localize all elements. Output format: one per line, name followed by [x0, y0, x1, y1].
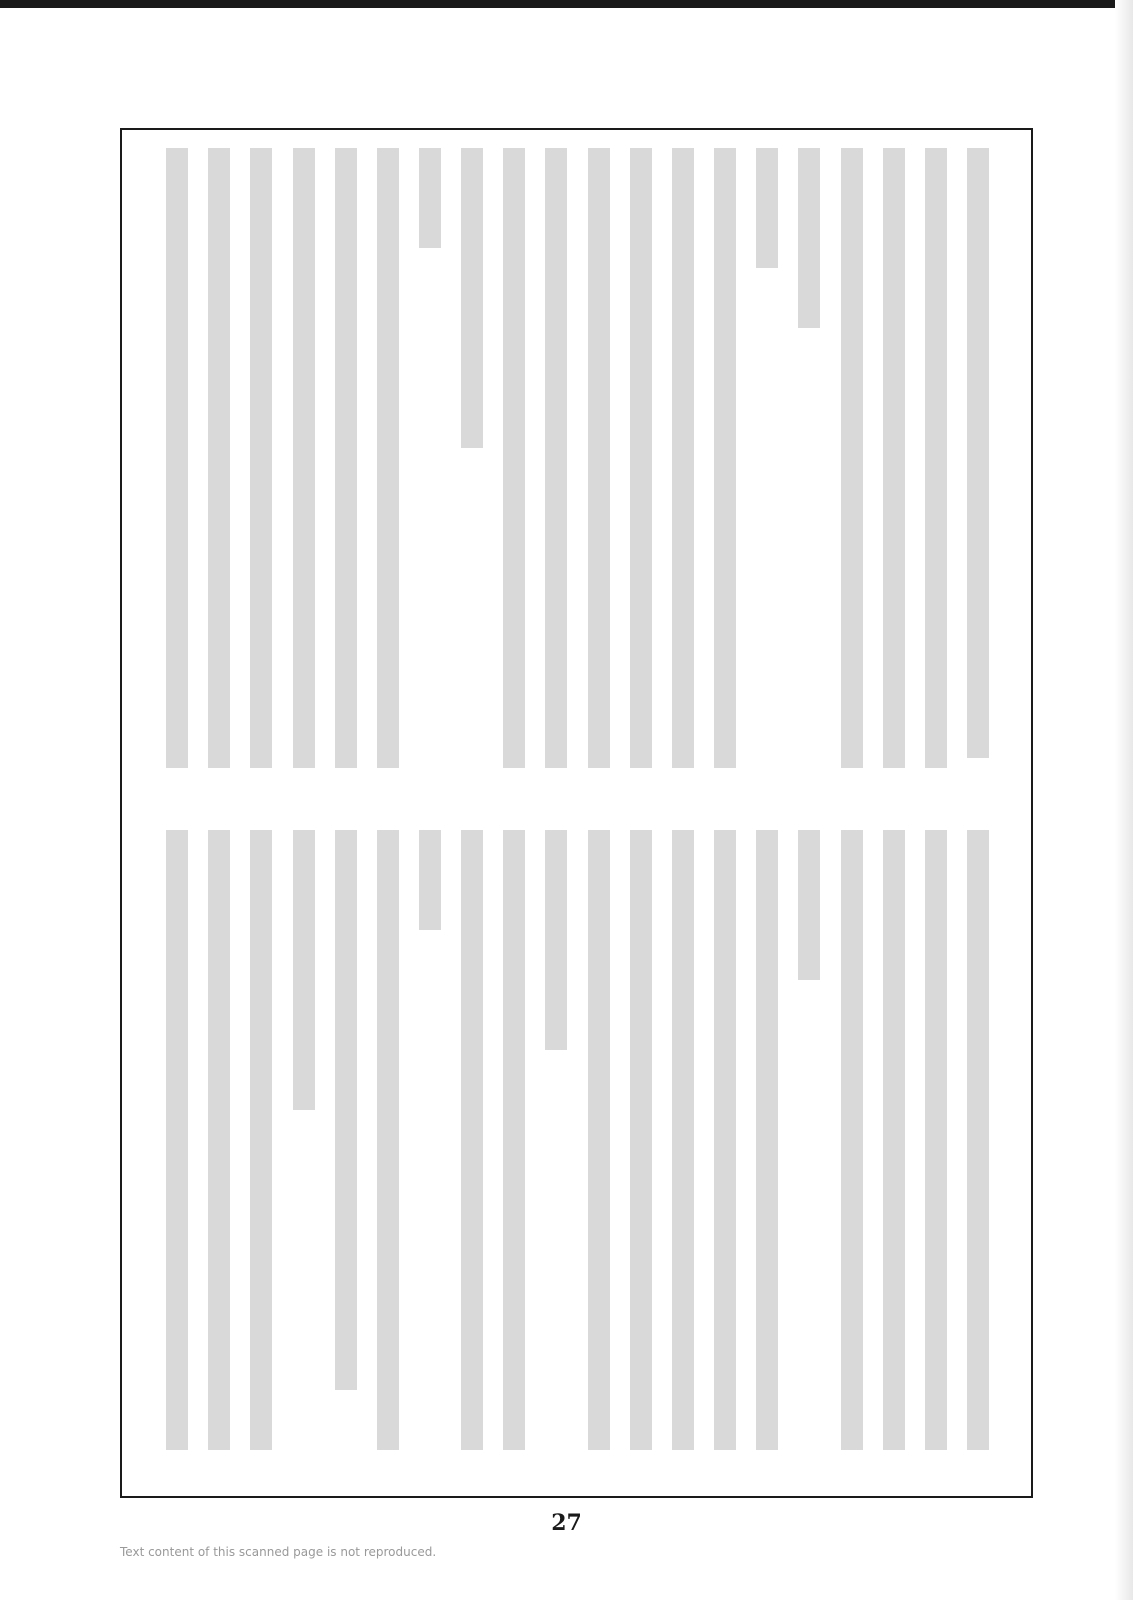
text-column	[331, 830, 359, 1470]
text-column	[457, 148, 485, 788]
text-column	[836, 148, 864, 788]
text-column	[921, 830, 949, 1470]
text-column	[752, 830, 780, 1470]
text-column	[499, 148, 527, 788]
text-column	[710, 830, 738, 1470]
text-tier-bottom	[162, 830, 991, 1470]
text-column	[963, 830, 991, 1470]
text-column	[879, 148, 907, 788]
text-column	[162, 830, 190, 1470]
text-column	[752, 148, 780, 788]
text-column	[668, 830, 696, 1470]
scan-edge-top	[0, 0, 1133, 8]
text-tier-top	[162, 148, 991, 788]
text-column	[415, 830, 443, 1470]
text-column	[499, 830, 527, 1470]
text-column	[288, 830, 316, 1470]
text-column	[794, 148, 822, 788]
content-note: Text content of this scanned page is not…	[120, 1545, 436, 1559]
text-column	[246, 830, 274, 1470]
text-column	[373, 148, 401, 788]
text-column	[668, 148, 696, 788]
text-column	[583, 830, 611, 1470]
scan-edge-right	[1115, 0, 1133, 1600]
text-column	[963, 148, 991, 788]
text-column	[836, 830, 864, 1470]
text-column	[710, 148, 738, 788]
text-column	[162, 148, 190, 788]
text-column	[541, 148, 569, 788]
text-column	[288, 148, 316, 788]
text-column	[879, 830, 907, 1470]
text-column	[626, 830, 654, 1470]
text-column	[331, 148, 359, 788]
text-column	[921, 148, 949, 788]
text-frame	[120, 128, 1033, 1498]
text-column	[373, 830, 401, 1470]
text-column	[541, 830, 569, 1470]
text-column	[794, 830, 822, 1470]
page-number: 27	[0, 1510, 1133, 1536]
text-column	[246, 148, 274, 788]
text-column	[204, 830, 232, 1470]
text-column	[457, 830, 485, 1470]
text-column	[626, 148, 654, 788]
text-column	[415, 148, 443, 788]
text-column	[583, 148, 611, 788]
text-column	[204, 148, 232, 788]
